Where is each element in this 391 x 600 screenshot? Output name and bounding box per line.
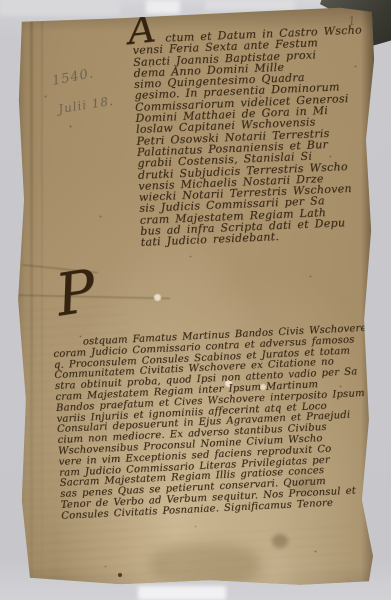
scanbed-white-patch-bottom [138,586,226,600]
margin-note-year: 1540. [51,66,95,89]
paragraph-1: A ctum et Datum in Castro Wscho vensi Fe… [132,24,385,249]
initial-capital-A: A [127,23,156,37]
manuscript-page: 1 1540. Julii 18. A ctum et Datum in Cas… [10,6,380,590]
paragraph-2-lines: ostquam Famatus Martinus Bandos Civis Ws… [53,323,388,522]
ink-spot [118,573,122,577]
paragraph-2: P ostquam Famatus Martinus Bandos Civis … [50,277,387,522]
stain-blotch [272,534,288,548]
scan-background: 1 1540. Julii 18. A ctum et Datum in Cas… [0,0,391,600]
initial-capital-P: P [56,285,96,302]
margin-note-date: Julii 18. [57,94,114,117]
scanbed-light-patch [205,0,295,10]
scanbed-white-patch [146,0,180,14]
scanbed-light-strip [0,0,120,16]
stain-blotch [150,544,260,586]
